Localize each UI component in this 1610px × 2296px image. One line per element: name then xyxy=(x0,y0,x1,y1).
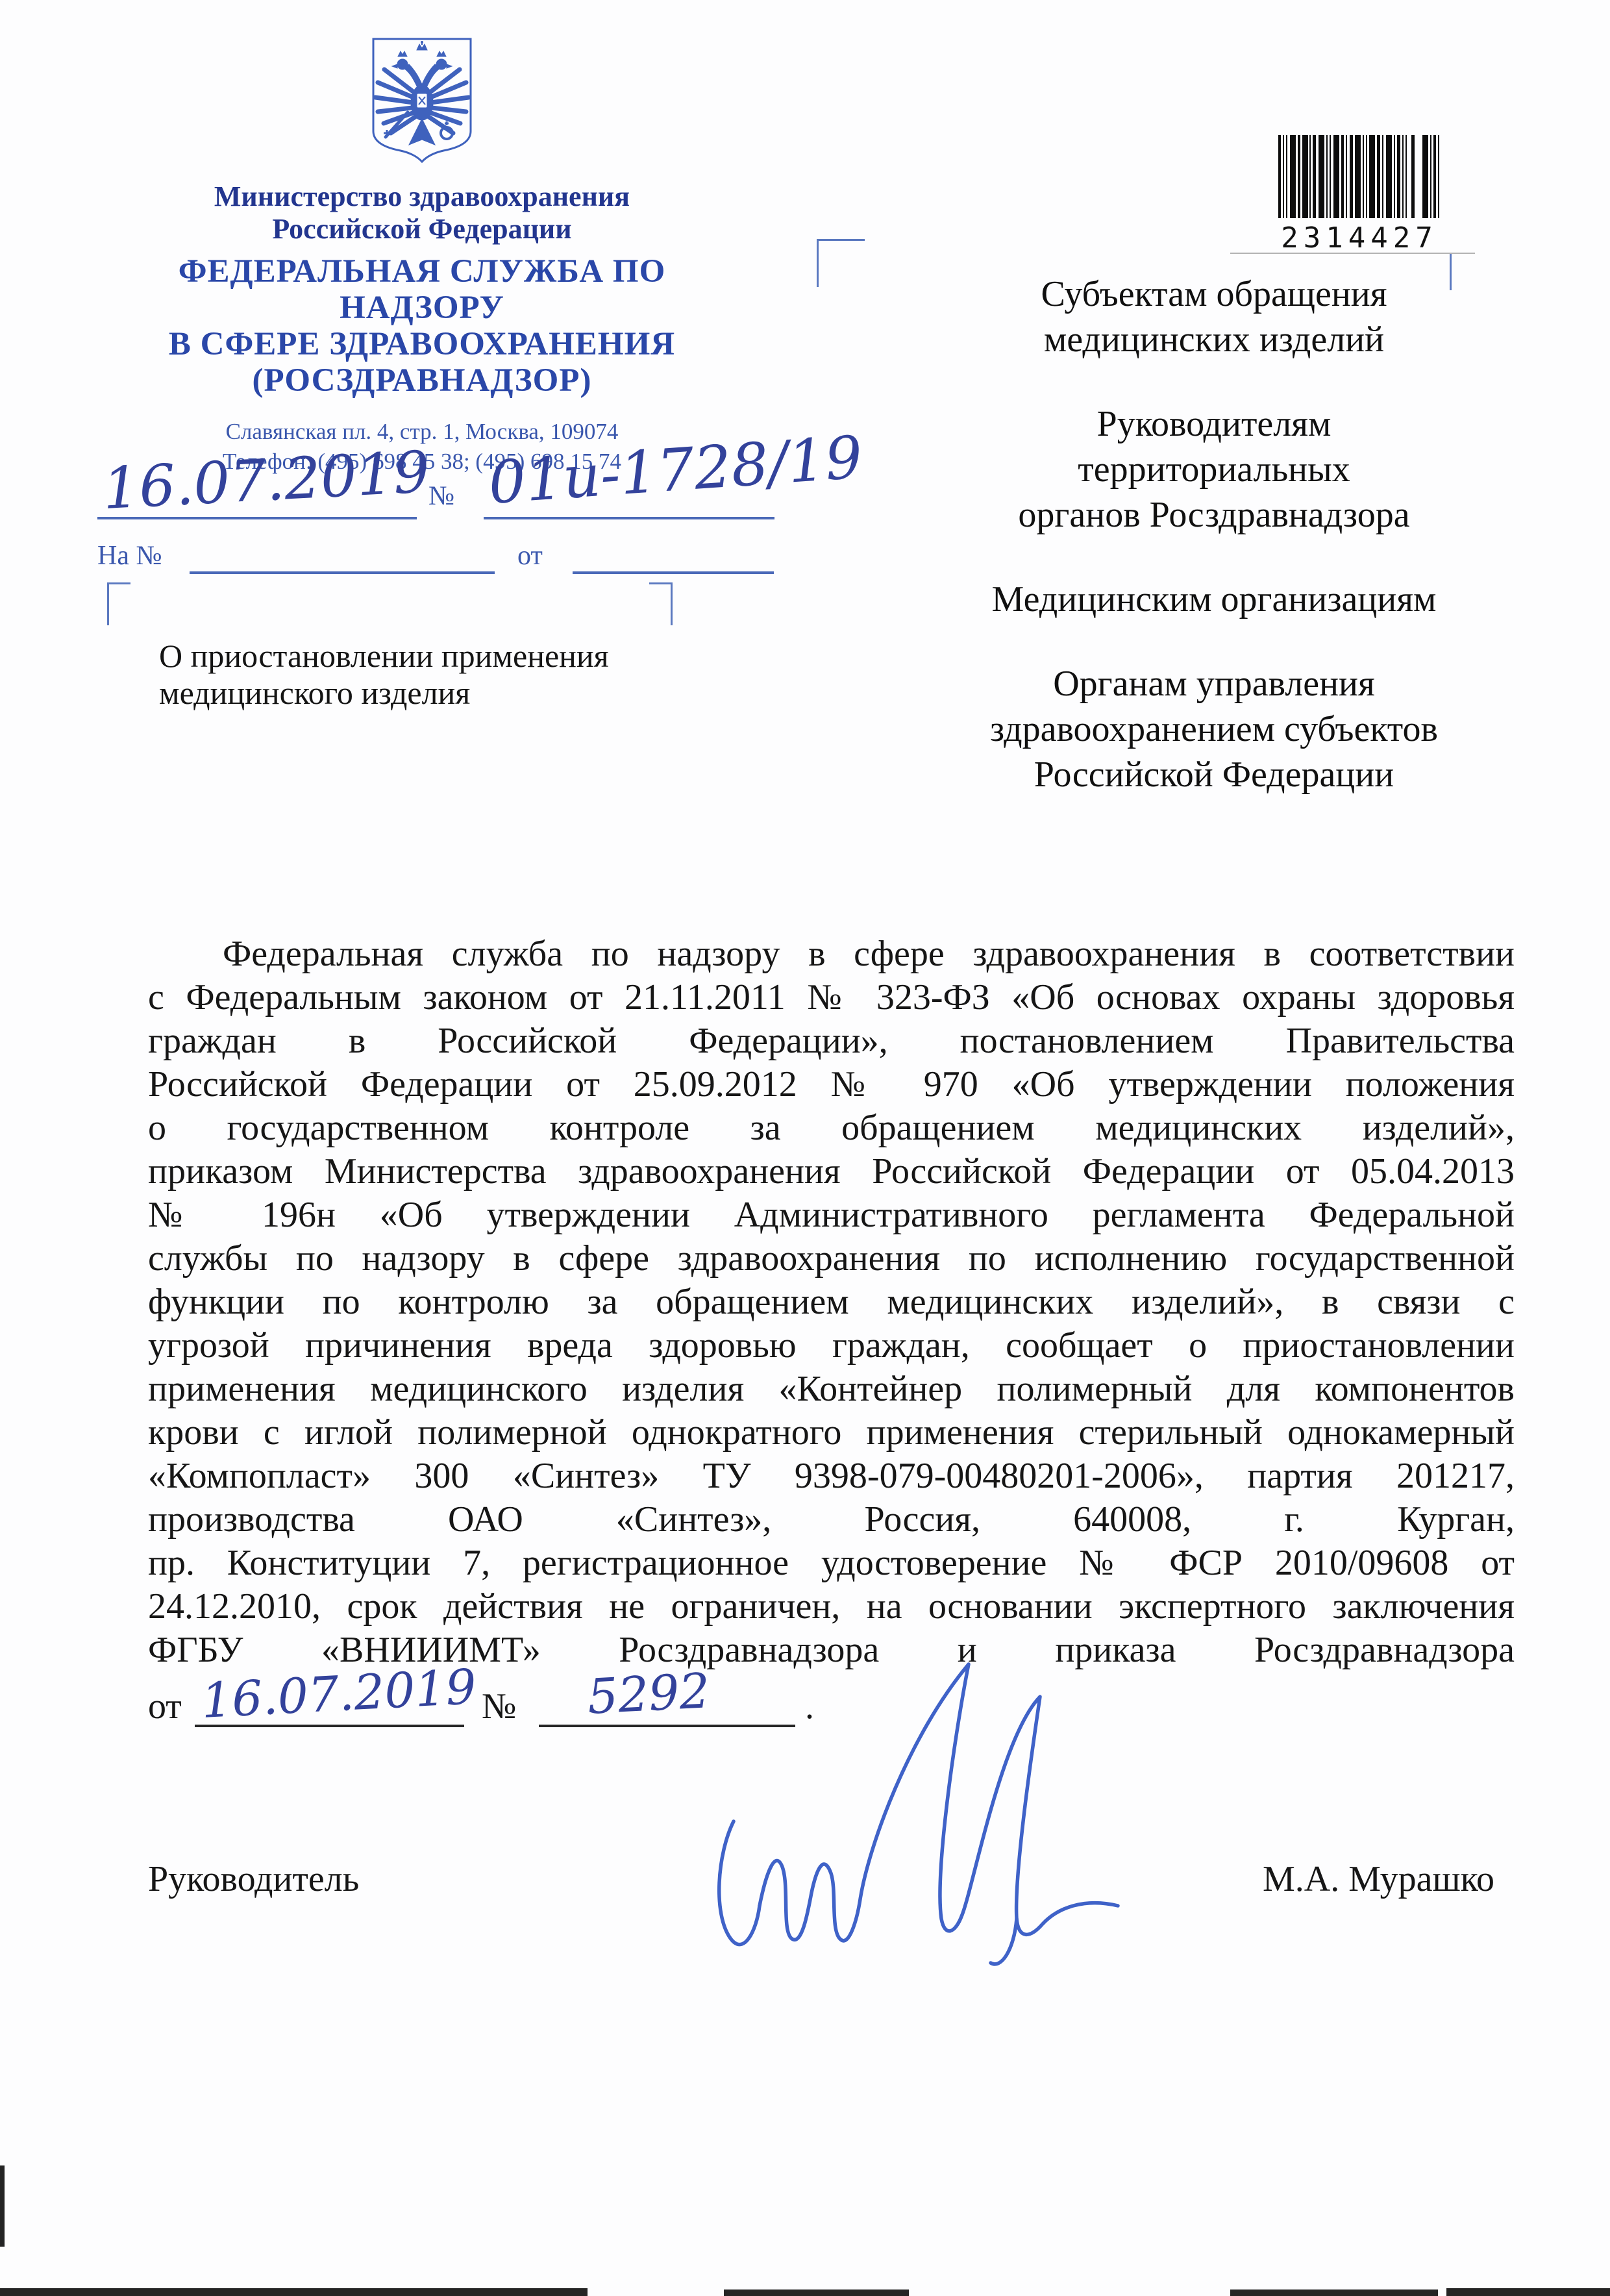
barcode-number: 2314427 xyxy=(1276,221,1443,255)
reply-number-underline xyxy=(190,571,495,574)
russian-coat-of-arms-icon xyxy=(366,36,478,169)
body-line: службы по надзору в сфере здравоохранени… xyxy=(148,1237,1515,1280)
subject-zone-corner-left-v xyxy=(107,582,109,625)
service-name-line1: ФЕДЕРАЛЬНАЯ СЛУЖБА ПО НАДЗОРУ xyxy=(94,253,750,326)
service-name-line2: В СФЕРЕ ЗДРАВООХРАНЕНИЯ xyxy=(94,326,750,362)
recipient-line: Медицинским организациям xyxy=(928,577,1500,622)
order-number-handwriting: 5292 xyxy=(586,1663,712,1725)
subject-zone-corner-right-v xyxy=(671,582,673,625)
subject-line1: О приостановлении применения xyxy=(159,638,609,675)
body-line: Федеральная служба по надзору в сфере зд… xyxy=(148,932,1515,976)
closing-from-label: от xyxy=(148,1686,182,1727)
signer-title: Руководитель xyxy=(148,1858,359,1900)
recipient-line: Российской Федерации xyxy=(928,752,1500,797)
subject-zone-corner-right-h xyxy=(649,582,673,584)
recipient-line: Руководителям xyxy=(928,401,1500,447)
number-underline xyxy=(484,517,774,519)
recipients-block: Субъектам обращения медицинских изделий … xyxy=(928,271,1500,836)
number-sign-label: № xyxy=(428,480,454,512)
body-paragraph: Федеральная служба по надзору в сфере зд… xyxy=(148,932,1515,1672)
reply-to-label: На № xyxy=(97,540,162,571)
body-line: угрозой причинения вреда здоровью гражда… xyxy=(148,1324,1515,1367)
signer-name: М.А. Мурашко xyxy=(1263,1858,1494,1900)
ministry-name-line2: Российской Федерации xyxy=(94,213,750,245)
subject-line: О приостановлении применения медицинског… xyxy=(159,638,609,712)
body-line: о государственном контроле за обращением… xyxy=(148,1106,1515,1150)
service-name-line3: (РОСЗДРАВНАДЗОР) xyxy=(94,362,750,399)
letterhead: Министерство здравоохранения Российской … xyxy=(94,36,750,477)
document-page: Министерство здравоохранения Российской … xyxy=(0,0,1610,2296)
body-line: граждан в Российской Федерации», постано… xyxy=(148,1019,1515,1063)
body-line: крови с иглой полимерной однократного пр… xyxy=(148,1411,1515,1454)
scan-edge-artifact xyxy=(724,2290,909,2296)
body-line: «Компопласт» 300 «Синтез» ТУ 9398-079-00… xyxy=(148,1454,1515,1498)
body-line: 24.12.2010, срок действия не ограничен, … xyxy=(148,1585,1515,1628)
barcode-zone-rule xyxy=(1230,253,1475,254)
reply-from-label: от xyxy=(517,540,543,571)
body-line: производства ОАО «Синтез», Россия, 64000… xyxy=(148,1498,1515,1541)
recipient-line: органов Росздравнадзора xyxy=(928,492,1500,538)
recipient-group: Медицинским организациям xyxy=(928,577,1500,622)
date-underline xyxy=(97,517,417,519)
order-number-sign: № xyxy=(482,1686,516,1727)
scan-edge-artifact xyxy=(0,2288,588,2296)
body-line: функции по контролю за обращением медици… xyxy=(148,1280,1515,1324)
reply-date-underline xyxy=(573,571,774,574)
scan-edge-artifact xyxy=(0,2165,5,2247)
recipient-group: Руководителям территориальных органов Ро… xyxy=(928,401,1500,538)
subject-line2: медицинского изделия xyxy=(159,675,609,712)
recipient-zone-corner-v xyxy=(817,239,819,287)
body-line: пр. Конституции 7, регистрационное удост… xyxy=(148,1541,1515,1585)
body-line: применения медицинского изделия «Контейн… xyxy=(148,1367,1515,1411)
ministry-name-line1: Министерство здравоохранения xyxy=(94,181,750,213)
barcode-icon xyxy=(1278,210,1441,221)
recipient-group: Субъектам обращения медицинских изделий xyxy=(928,271,1500,362)
body-line: приказом Министерства здравоохранения Ро… xyxy=(148,1150,1515,1193)
order-date-underline xyxy=(195,1725,464,1727)
recipient-group: Органам управления здравоохранением субъ… xyxy=(928,661,1500,797)
recipient-zone-corner-h xyxy=(817,239,865,241)
scan-edge-artifact xyxy=(1230,2290,1438,2296)
recipient-line: здравоохранением субъектов xyxy=(928,706,1500,752)
body-line: Российской Федерации от 25.09.2012 № 970… xyxy=(148,1063,1515,1106)
recipient-line: медицинских изделий xyxy=(928,317,1500,362)
subject-zone-corner-left-h xyxy=(107,582,130,584)
recipient-line: территориальных xyxy=(928,447,1500,492)
body-line: с Федеральным законом от 21.11.2011 № 32… xyxy=(148,976,1515,1019)
recipient-line: Субъектам обращения xyxy=(928,271,1500,317)
signature-stroke-icon xyxy=(695,1659,1136,1974)
registration-barcode: 2314427 xyxy=(1276,135,1443,255)
scan-edge-artifact xyxy=(1446,2288,1610,2296)
recipient-line: Органам управления xyxy=(928,661,1500,706)
body-line: № 196н «Об утверждении Административного… xyxy=(148,1193,1515,1237)
